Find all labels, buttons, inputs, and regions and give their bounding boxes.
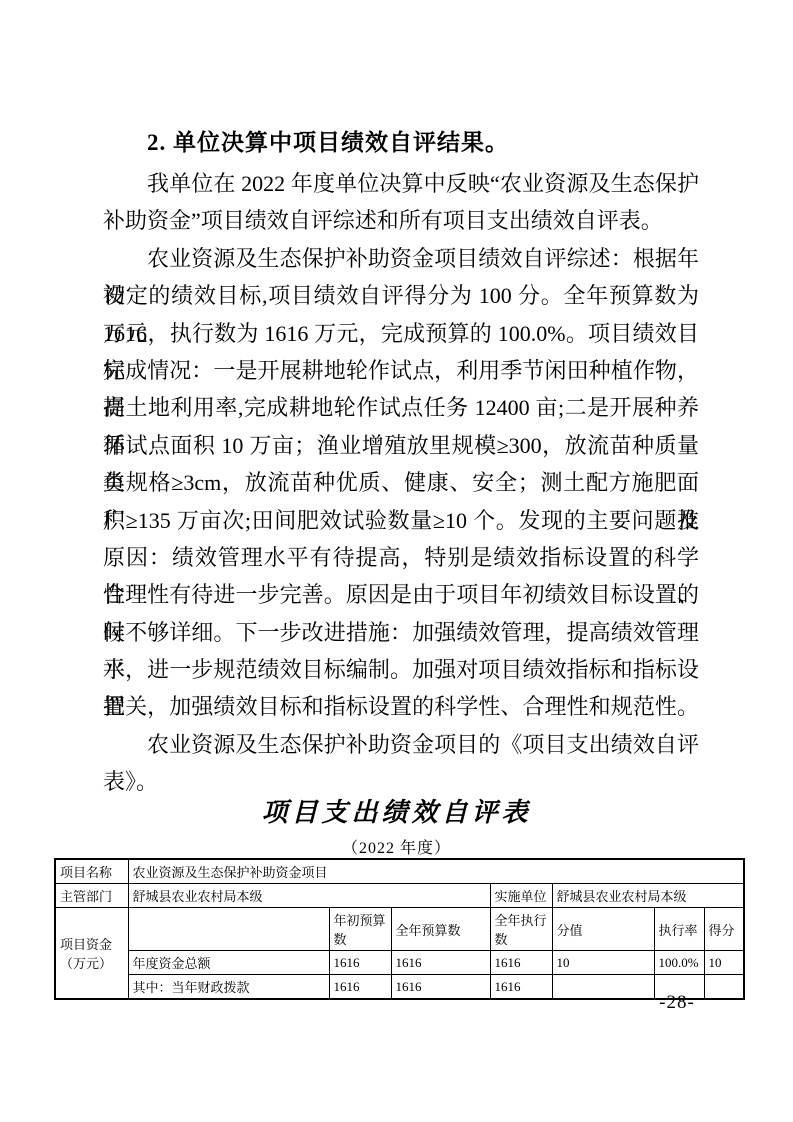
annual-execution-value: 1616 (490, 951, 552, 975)
funds-item: 其中：当年财政拨款 (128, 975, 329, 1000)
section-heading: 2. 单位决算中项目绩效自评结果。 (103, 121, 699, 165)
annual-budget-header: 全年预算数 (391, 908, 490, 951)
annual-execution-value: 1616 (490, 975, 552, 1000)
table-header-row: 项目资金 （万元） 年初预算数 全年预算数 全年执行数 分值 执行率 得分 (55, 908, 744, 951)
supervising-dept-label: 主管部门 (55, 884, 128, 908)
score-weight-value: 10 (552, 951, 654, 975)
annual-budget-value: 1616 (391, 951, 490, 975)
table-row: 项目名称 农业资源及生态保护补助资金项目 (55, 859, 744, 884)
execution-rate-header: 执行率 (654, 908, 704, 951)
body-line: 原因：绩效管理水平有待提高，特别是绩效指标设置的科学性、 (103, 539, 699, 576)
body-line: 高土地利用率,完成耕地轮作试点任务 12400 亩;二是开展种养循 (103, 389, 699, 426)
initial-budget-value: 1616 (329, 975, 391, 1000)
body-line: 补助资金”项目绩效自评综述和所有项目支出绩效自评表。 (103, 202, 699, 239)
funds-item-header (128, 908, 329, 951)
implementing-unit-value: 舒城县农业农村局本级 (552, 884, 744, 908)
score-weight-value (552, 975, 654, 1000)
project-name-label: 项目名称 (55, 859, 128, 884)
score-value: 10 (704, 951, 744, 975)
body-line: 广≥135 万亩次;田间肥效试验数量≥10 个。发现的主要问题及 (103, 502, 699, 539)
implementing-unit-label: 实施单位 (490, 884, 552, 908)
initial-budget-header: 年初预算数 (329, 908, 391, 951)
body-line: 类规格≥3cm，放流苗种优质、健康、安全；测土配方施肥面积推 (103, 464, 699, 501)
self-evaluation-table: 项目名称 农业资源及生态保护补助资金项目 主管部门 舒城县农业农村局本级 实施单… (54, 858, 745, 1000)
body-line: 万元，执行数为 1616 万元，完成预算的 100.0%。项目绩效目标 (103, 315, 699, 352)
page-number: -28- (645, 992, 709, 1014)
table-subtitle: （2022 年度） (0, 835, 793, 858)
table-row: 其中：当年财政拨款 1616 1616 1616 (55, 975, 744, 1000)
body-line: 农业资源及生态保护补助资金项目绩效自评综述：根据年初 (103, 240, 699, 277)
body-line: 环试点面积 10 万亩；渔业增殖放里规模≥300，放流苗种质量鱼 (103, 427, 699, 464)
supervising-dept-value: 舒城县农业农村局本级 (128, 884, 490, 908)
funds-item: 年度资金总额 (128, 951, 329, 975)
document-body: 2. 单位决算中项目绩效自评结果。 我单位在 2022 年度单位决算中反映“农业… (103, 121, 699, 801)
annual-budget-value: 1616 (391, 975, 490, 1000)
score-header: 得分 (704, 908, 744, 951)
body-line: 设定的绩效目标,项目绩效自评得分为 100 分。全年预算数为 1616 (103, 277, 699, 314)
body-line: 把关，加强绩效目标和指标设置的科学性、合理性和规范性。 (103, 688, 699, 725)
execution-rate-value: 100.0% (654, 951, 704, 975)
body-line: 农业资源及生态保护补助资金项目的《项目支出绩效自评 (103, 726, 699, 763)
project-name-value: 农业资源及生态保护补助资金项目 (128, 859, 744, 884)
table-row: 主管部门 舒城县农业农村局本级 实施单位 舒城县农业农村局本级 (55, 884, 744, 908)
body-line: 完成情况：一是开展耕地轮作试点，利用季节闲田种植作物，提 (103, 352, 699, 389)
initial-budget-value: 1616 (329, 951, 391, 975)
body-line: 我单位在 2022 年度单位决算中反映“农业资源及生态保护 (103, 165, 699, 202)
table-row: 年度资金总额 1616 1616 1616 10 100.0% 10 (55, 951, 744, 975)
annual-execution-header: 全年执行数 (490, 908, 552, 951)
project-funds-label: 项目资金 （万元） (55, 908, 128, 1000)
document-page: 2. 单位决算中项目绩效自评结果。 我单位在 2022 年度单位决算中反映“农业… (0, 0, 793, 1122)
body-line: 平，进一步规范绩效目标编制。加强对项目绩效指标和指标设置 (103, 651, 699, 688)
score-weight-header: 分值 (552, 908, 654, 951)
body-line: 候不够详细。下一步改进措施：加强绩效管理，提高绩效管理水 (103, 614, 699, 651)
body-line: 合理性有待进一步完善。原因是由于项目年初绩效目标设置的时 (103, 576, 699, 613)
table-title: 项目支出绩效自评表 (0, 792, 793, 829)
score-value (704, 975, 744, 1000)
